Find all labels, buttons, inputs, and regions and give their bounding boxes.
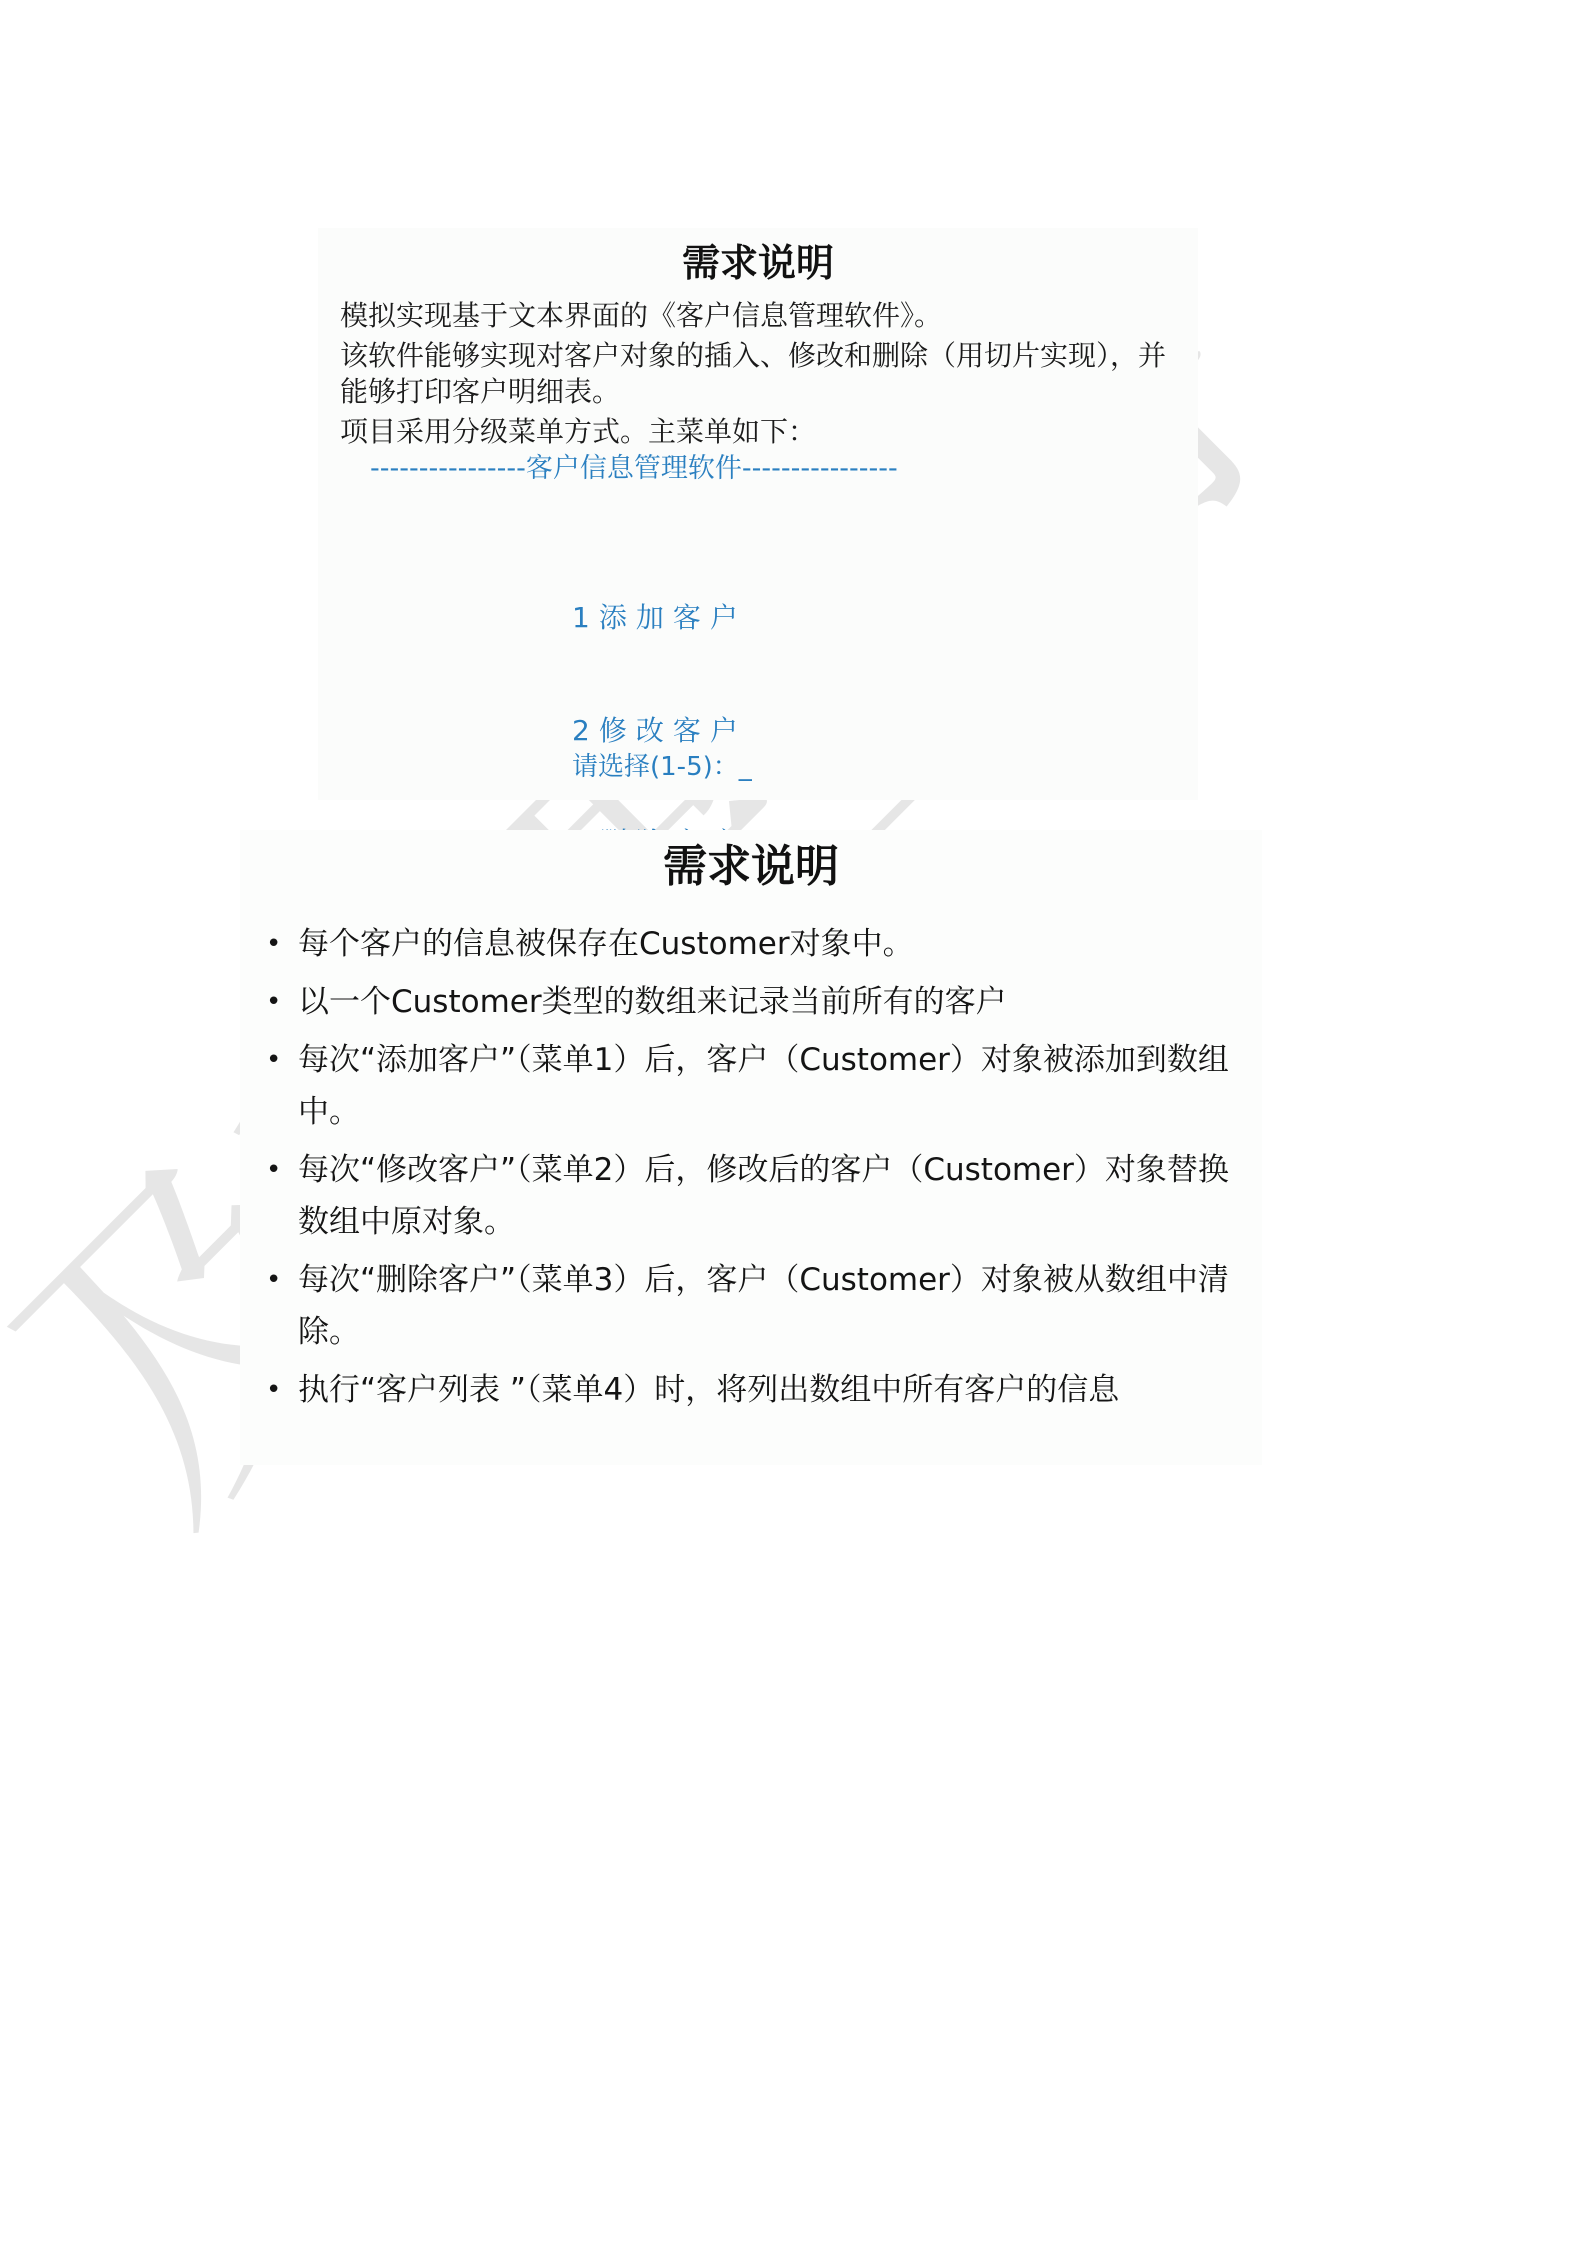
menu-header: ----------------客户信息管理软件---------------- — [370, 452, 898, 486]
bullet-item: • 每次“删除客户”（菜单3）后，客户（Customer）对象被从数组中清除。 — [262, 1254, 1252, 1358]
section-title: 需求说明 — [318, 240, 1198, 286]
menu-prompt: 请选择(1-5)：_ — [572, 750, 752, 784]
bullet-text: 执行“客户列表 ”（菜单4）时，将列出数组中所有客户的信息 — [298, 1372, 1119, 1408]
bullet-icon: • — [266, 1364, 281, 1416]
bullet-item: • 每次“添加客户”（菜单1）后，客户（Customer）对象被添加到数组中。 — [262, 1034, 1252, 1138]
intro-line: 该软件能够实现对客户对象的插入、修改和删除（用切片实现），并能够打印客户明细表。 — [340, 338, 1170, 410]
bullet-item: • 每个客户的信息被保存在Customer对象中。 — [262, 918, 1252, 970]
bullet-text: 每个客户的信息被保存在Customer对象中。 — [298, 926, 914, 962]
requirements-bullet-list: • 每个客户的信息被保存在Customer对象中。 • 以一个Customer类… — [262, 918, 1252, 1422]
bullet-text: 以一个Customer类型的数组来记录当前所有的客户 — [298, 984, 1007, 1020]
bullet-icon: • — [266, 1254, 281, 1306]
intro-line: 项目采用分级菜单方式。主菜单如下： — [340, 414, 1170, 450]
bullet-item: • 以一个Customer类型的数组来记录当前所有的客户 — [262, 976, 1252, 1028]
bullet-icon: • — [266, 1034, 281, 1086]
requirements-image-2: 需求说明 • 每个客户的信息被保存在Customer对象中。 • 以一个Cust… — [240, 830, 1262, 1465]
requirements-image-1: 需求说明 模拟实现基于文本界面的《客户信息管理软件》。 该软件能够实现对客户对象… — [318, 228, 1198, 800]
bullet-text: 每次“添加客户”（菜单1）后，客户（Customer）对象被添加到数组中。 — [298, 1042, 1229, 1130]
section-title: 需求说明 — [240, 840, 1262, 894]
menu-item-edit-customer: 2修改客户 — [572, 712, 747, 750]
intro-line: 模拟实现基于文本界面的《客户信息管理软件》。 — [340, 298, 1170, 334]
bullet-item: • 每次“修改客户”（菜单2）后，修改后的客户（Customer）对象替换数组中… — [262, 1144, 1252, 1248]
bullet-icon: • — [266, 976, 281, 1028]
bullet-item: • 执行“客户列表 ”（菜单4）时，将列出数组中所有客户的信息 — [262, 1364, 1252, 1416]
bullet-text: 每次“修改客户”（菜单2）后，修改后的客户（Customer）对象替换数组中原对… — [298, 1152, 1229, 1240]
bullet-icon: • — [266, 918, 281, 970]
bullet-icon: • — [266, 1144, 281, 1196]
menu-item-add-customer: 1添加客户 — [572, 599, 747, 637]
bullet-text: 每次“删除客户”（菜单3）后，客户（Customer）对象被从数组中清除。 — [298, 1262, 1229, 1350]
intro-text: 模拟实现基于文本界面的《客户信息管理软件》。 该软件能够实现对客户对象的插入、修… — [340, 298, 1170, 454]
